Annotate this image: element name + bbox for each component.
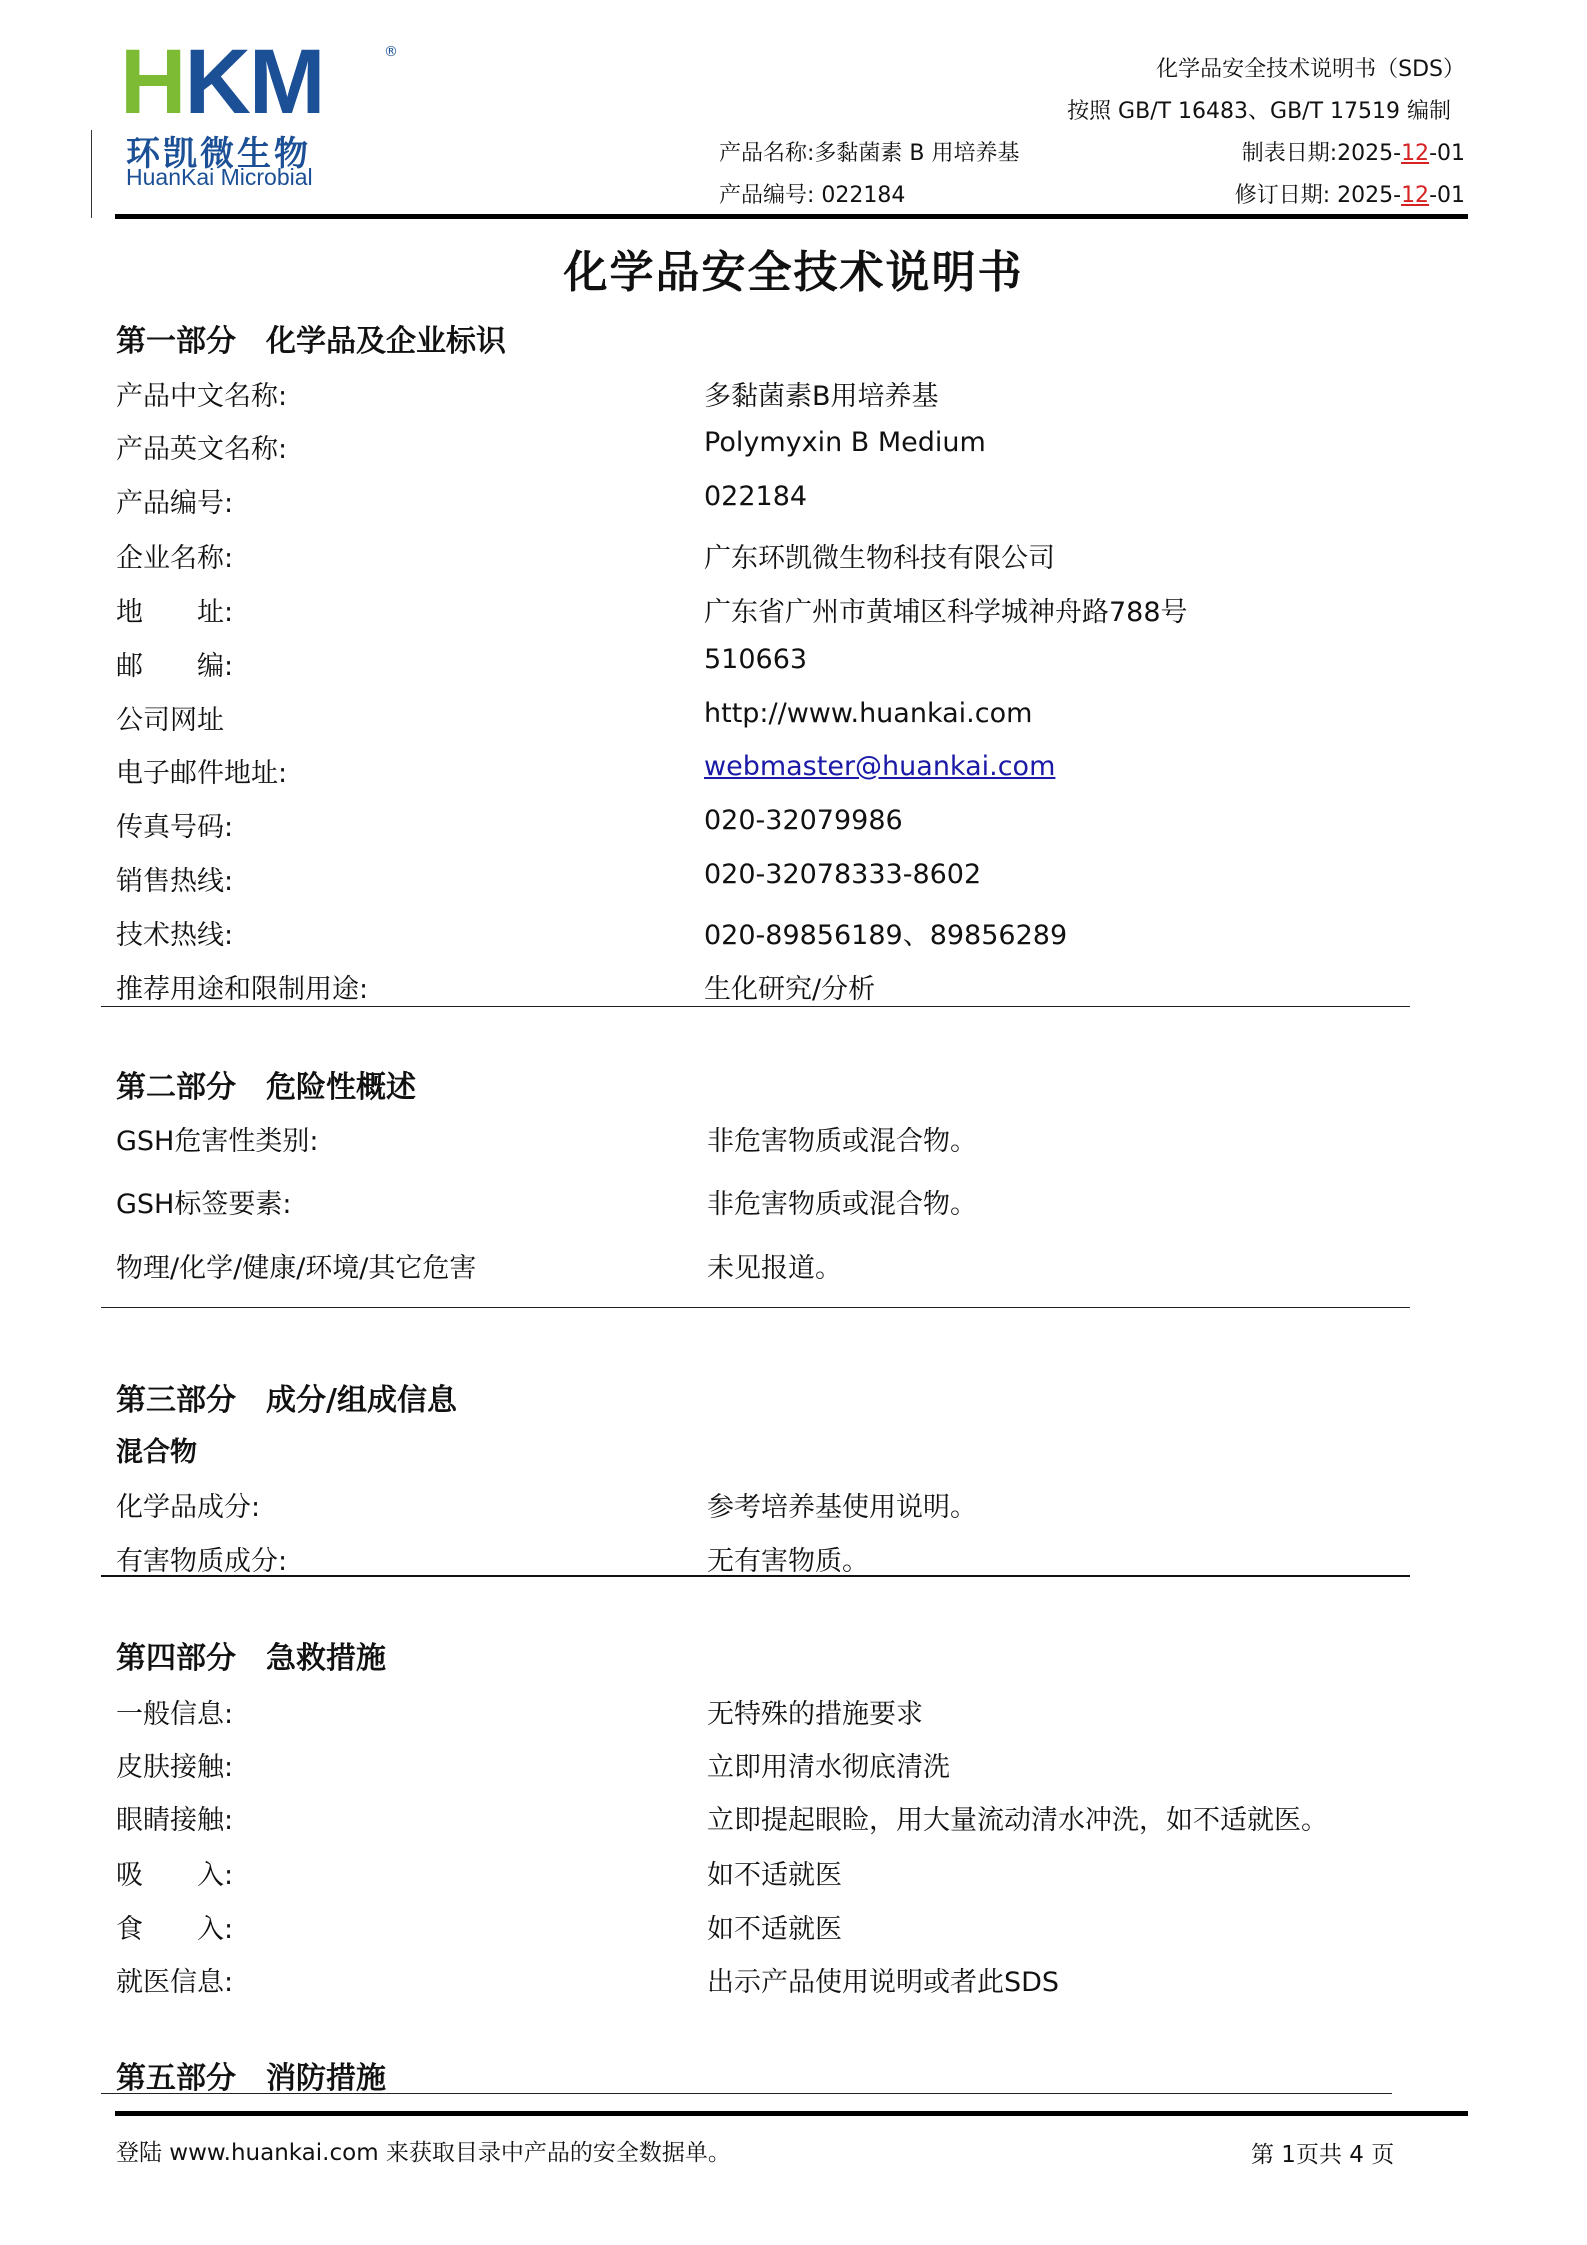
row-value: 无特殊的措施要求: [707, 1692, 923, 1731]
row-value: 参考培养基使用说明。: [707, 1485, 977, 1524]
made-date-field: 制表日期:2025-12-01: [1242, 136, 1465, 167]
row-label: 化学品成分:: [116, 1485, 260, 1524]
email-link[interactable]: webmaster@huankai.com: [704, 751, 1055, 782]
row-value: 广东省广州市黄埔区科学城神舟路788号: [704, 590, 1188, 629]
row-label: 企业名称:: [116, 536, 233, 575]
document-title: 化学品安全技术说明书: [0, 236, 1587, 300]
row-label: 有害物质成分:: [116, 1539, 287, 1578]
row-label: 产品英文名称:: [116, 427, 287, 466]
row-value: 无有害物质。: [707, 1539, 869, 1578]
standard-note: 按照 GB/T 16483、GB/T 17519 编制: [1067, 94, 1451, 125]
row-label: 物理/化学/健康/环境/其它危害: [116, 1246, 476, 1285]
row-label: 产品中文名称:: [116, 374, 287, 413]
row-value: 未见报道。: [707, 1246, 842, 1285]
made-date-day: -01: [1429, 141, 1465, 166]
revised-date-year: 2025-: [1337, 183, 1401, 208]
row-label: 一般信息:: [116, 1692, 233, 1731]
registered-mark: ®: [384, 44, 398, 60]
row-value: 020-32079986: [704, 805, 903, 836]
row-value: 立即用清水彻底清洗: [707, 1745, 950, 1784]
revised-date-field: 修订日期: 2025-12-01: [1235, 178, 1465, 209]
section-2-heading: 第二部分 危险性概述: [116, 1062, 416, 1106]
made-date-year: 2025-: [1337, 141, 1401, 166]
made-date-label: 制表日期:: [1242, 141, 1337, 166]
product-name-value: 多黏菌素 B 用培养基: [814, 141, 1019, 166]
row-value: 广东环凯微生物科技有限公司: [704, 536, 1055, 575]
revised-date-label: 修订日期:: [1235, 183, 1330, 208]
row-label: 技术热线:: [116, 913, 233, 952]
footer-note: 登陆 www.huankai.com 来获取目录中产品的安全数据单。: [116, 2134, 731, 2167]
margin-bar: [91, 130, 92, 218]
logo-en-name: HuanKai Microbial: [126, 164, 313, 191]
made-date-month: 12: [1401, 141, 1429, 166]
company-logo: HKM ® 环凯微生物 HuanKai Microbial: [120, 42, 400, 192]
product-code-label: 产品编号:: [719, 183, 814, 208]
row-label: GSH危害性类别:: [116, 1119, 318, 1158]
revised-date-month: 12: [1401, 183, 1429, 208]
row-label: 公司网址: [116, 698, 224, 737]
section-divider: [101, 2093, 1392, 2094]
row-label: 传真号码:: [116, 805, 233, 844]
section-1-heading: 第一部分 化学品及企业标识: [116, 316, 506, 360]
row-value: 020-32078333-8602: [704, 859, 981, 890]
section-4-heading: 第四部分 急救措施: [116, 1633, 386, 1677]
logo-mark: HKM: [120, 42, 324, 122]
row-label: 销售热线:: [116, 859, 233, 898]
row-value: 510663: [704, 644, 807, 675]
section-divider: [101, 1006, 1410, 1007]
website-link[interactable]: http://www.huankai.com: [704, 698, 1032, 729]
row-value: 生化研究/分析: [704, 967, 875, 1006]
row-label: 地 址:: [116, 590, 233, 629]
row-label: 就医信息:: [116, 1960, 233, 1999]
row-label: 推荐用途和限制用途:: [116, 967, 368, 1006]
product-name-label: 产品名称:: [719, 141, 814, 166]
product-code-field: 产品编号: 022184: [719, 178, 905, 209]
section-divider: [101, 1575, 1410, 1577]
doc-type: 化学品安全技术说明书（SDS）: [1156, 52, 1465, 83]
row-label: GSH标签要素:: [116, 1182, 291, 1221]
row-value: 立即提起眼睑，用大量流动清水冲洗，如不适就医。: [707, 1798, 1328, 1837]
row-label: 电子邮件地址:: [116, 751, 287, 790]
row-label: 眼睛接触:: [116, 1798, 233, 1837]
header-rule: [115, 214, 1468, 219]
row-value: 如不适就医: [707, 1853, 842, 1892]
product-name-field: 产品名称:多黏菌素 B 用培养基: [719, 136, 1020, 167]
section-divider: [101, 1307, 1410, 1308]
row-label: 皮肤接触:: [116, 1745, 233, 1784]
mixture-subheading: 混合物: [116, 1430, 197, 1469]
row-value: Polymyxin B Medium: [704, 427, 986, 458]
row-value: 非危害物质或混合物。: [707, 1119, 977, 1158]
footer-rule: [115, 2111, 1468, 2116]
row-value: 出示产品使用说明或者此SDS: [707, 1960, 1059, 1999]
row-value: 020-89856189、89856289: [704, 913, 1067, 952]
row-value: 多黏菌素B用培养基: [704, 374, 939, 413]
row-label: 食 入:: [116, 1907, 233, 1946]
row-label: 产品编号:: [116, 481, 233, 520]
row-label: 吸 入:: [116, 1853, 233, 1892]
section-5-heading: 第五部分 消防措施: [116, 2053, 386, 2097]
row-value: 022184: [704, 481, 807, 512]
row-label: 邮 编:: [116, 644, 233, 683]
page-number: 第 1页共 4 页: [1251, 2136, 1394, 2169]
product-code-value: 022184: [821, 183, 905, 208]
row-value: 如不适就医: [707, 1907, 842, 1946]
revised-date-day: -01: [1429, 183, 1465, 208]
row-value: 非危害物质或混合物。: [707, 1182, 977, 1221]
section-3-heading: 第三部分 成分/组成信息: [116, 1375, 457, 1419]
